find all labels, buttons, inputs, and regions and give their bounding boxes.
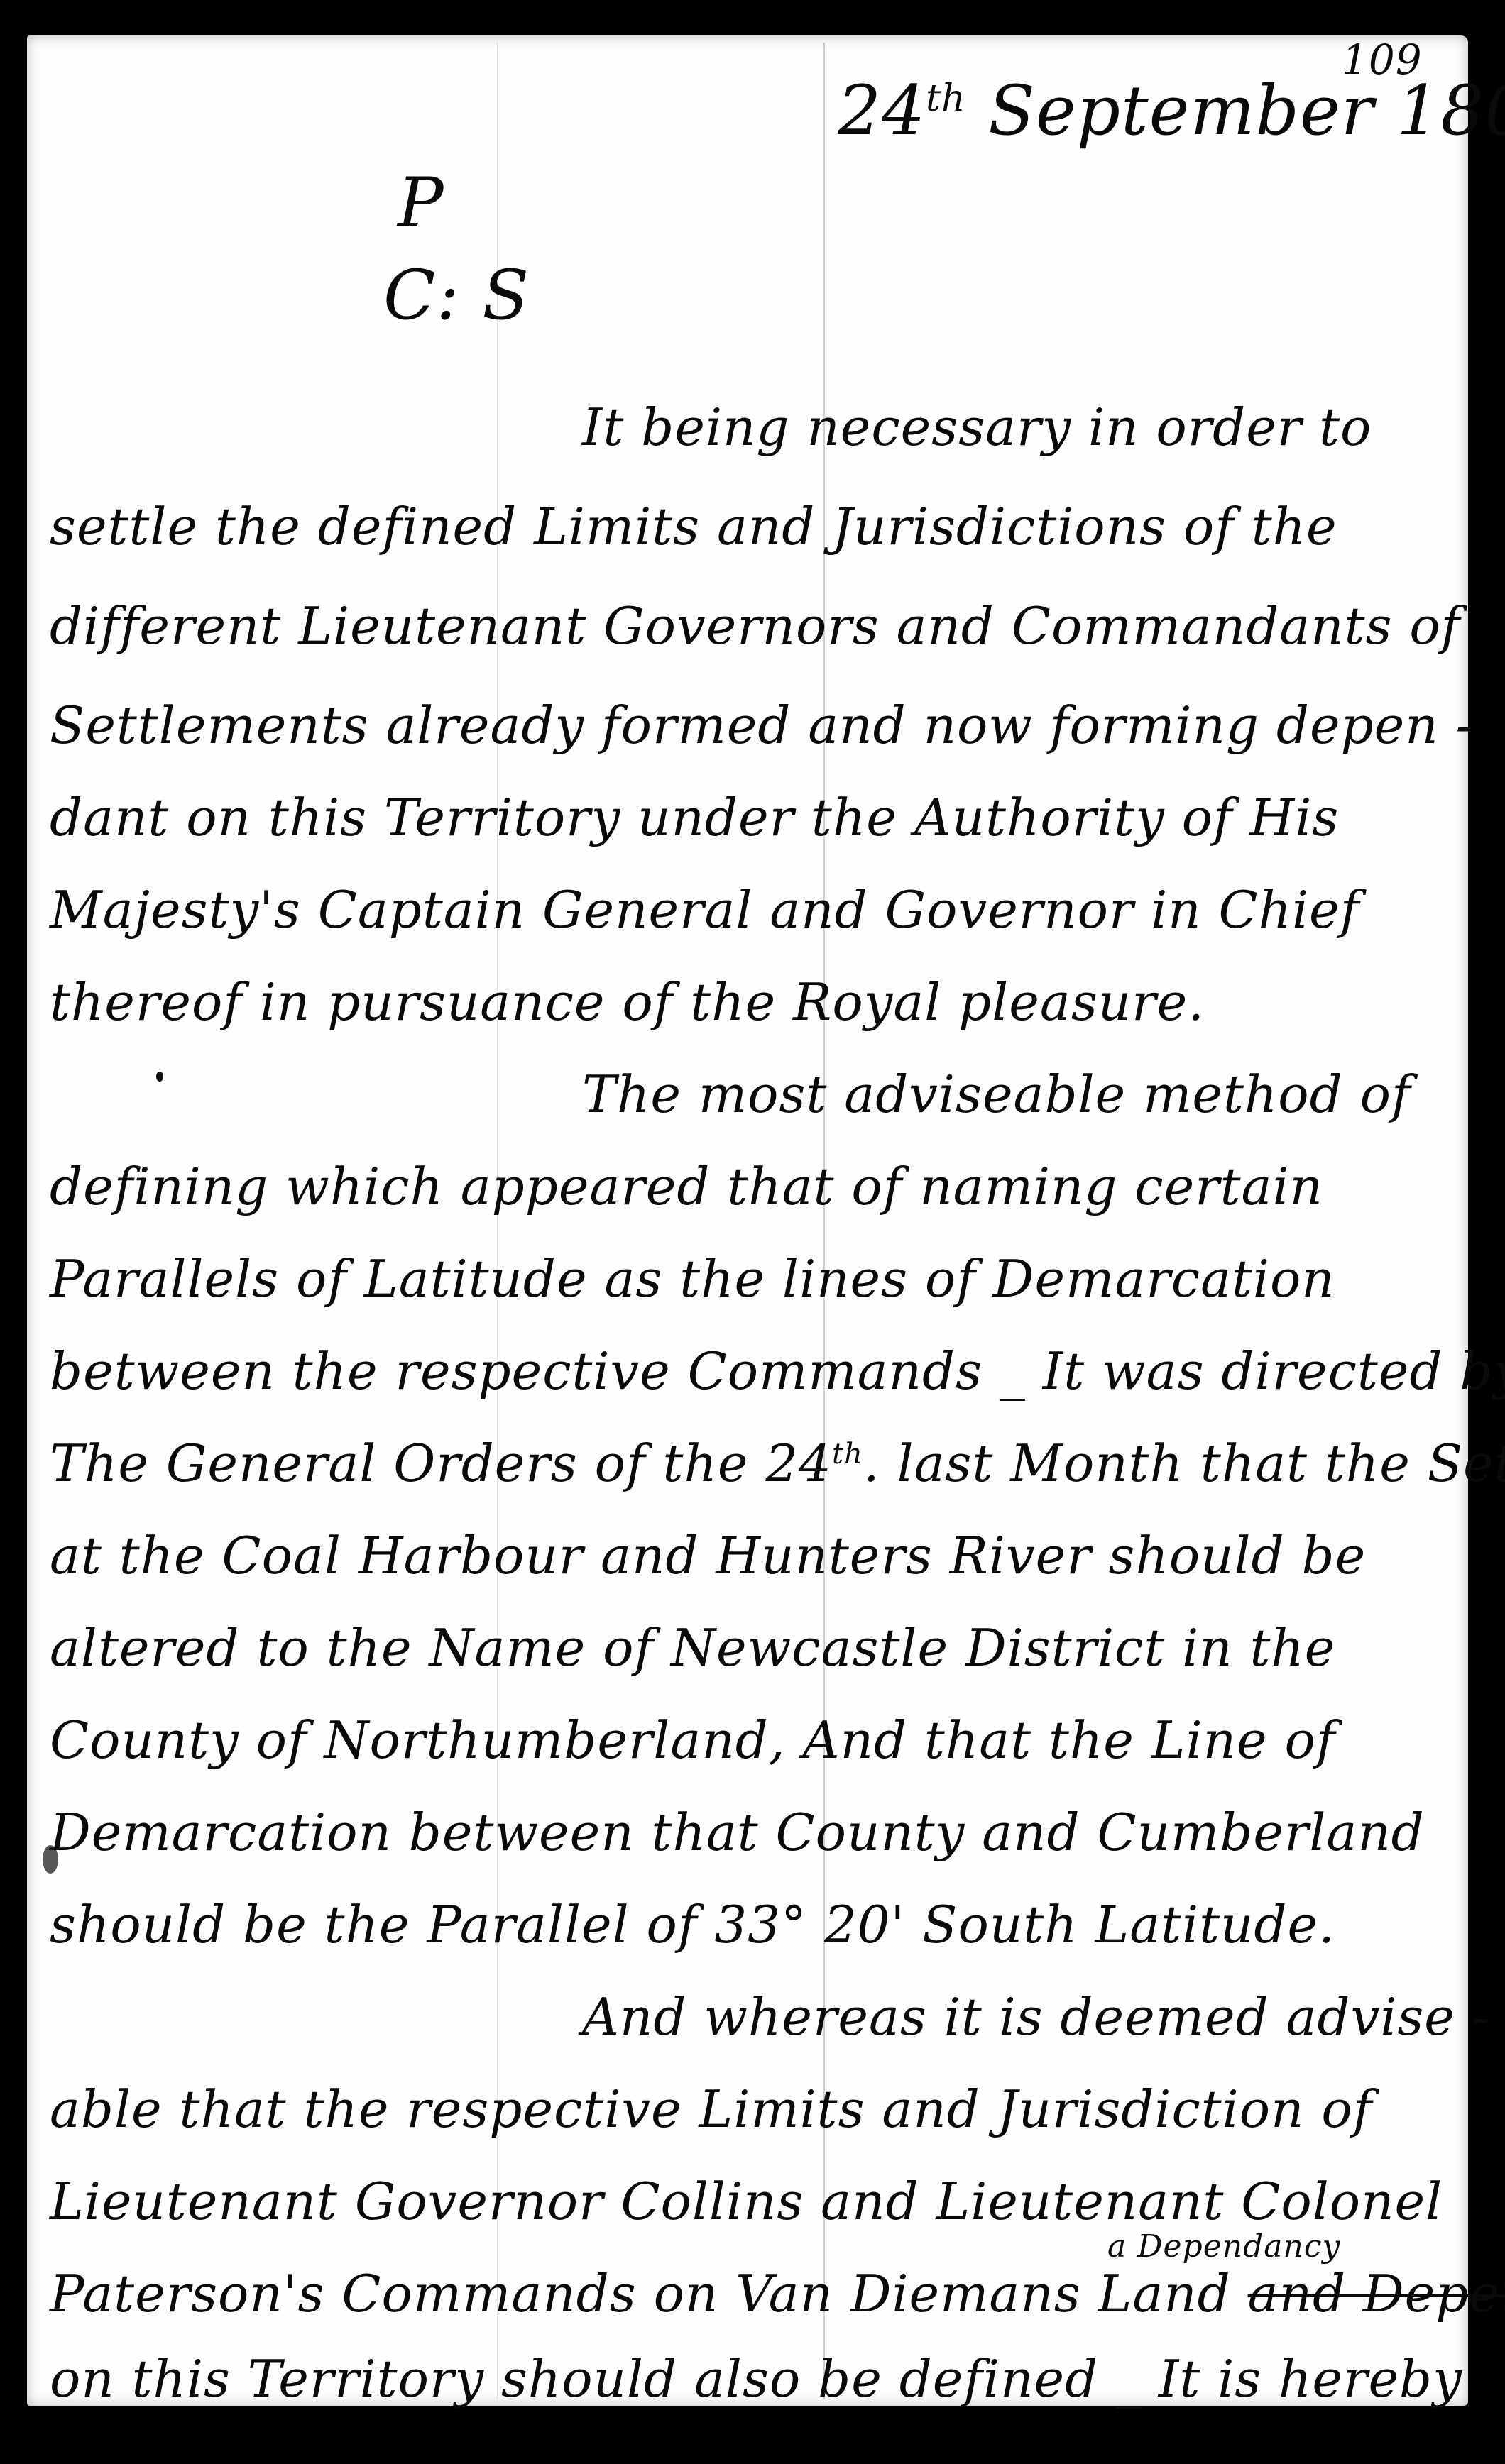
salutation-initials: C: S — [383, 255, 530, 335]
paragraph-2-line-6: at the Coal Harbour and Hunters River sh… — [50, 1526, 1366, 1585]
paragraph-2-line-2: defining which appeared that of naming c… — [50, 1157, 1323, 1216]
line-text: The General Orders of the 24 — [50, 1434, 832, 1493]
paragraph-3-line-1: And whereas it is deemed advise - — [582, 1987, 1490, 2047]
paragraph-2-line-1: The most adviseable method of — [582, 1065, 1411, 1124]
paragraph-2-line-4: between the respective Commands _ It was… — [50, 1341, 1505, 1401]
salutation-initial: P — [398, 163, 444, 243]
paragraph-1-line-1: It being necessary in order to — [582, 397, 1372, 457]
paragraph-1-line-3: different Lieutenant Governors and Comma… — [50, 596, 1460, 656]
date-month-year: September 1804 — [966, 71, 1505, 150]
letter-date: 24th September 1804 — [838, 71, 1505, 150]
paragraph-1-line-2: settle the defined Limits and Jurisdicti… — [50, 497, 1337, 556]
paragraph-3-line-4: Paterson's Commands on Van Diemans Land … — [50, 2264, 1505, 2323]
paragraph-2-line-3: Parallels of Latitude as the lines of De… — [50, 1249, 1335, 1309]
paragraph-2-line-10: should be the Parallel of 33° 20' South … — [50, 1895, 1335, 1954]
paragraph-1-line-5: dant on this Territory under the Authori… — [50, 788, 1339, 847]
line-text-rest: . last Month that the Settlement — [863, 1434, 1505, 1493]
paper-crease-line — [497, 43, 498, 2399]
interlinear-insertion: a Dependancy — [1107, 2228, 1340, 2265]
date-day: 24 — [838, 71, 926, 150]
ink-speck — [426, 270, 432, 275]
paragraph-3-line-5: on this Territory should also be defined… — [50, 2349, 1462, 2409]
paragraph-1-line-7: thereof in pursuance of the Royal pleasu… — [50, 972, 1205, 1032]
paragraph-2-line-8: County of Northumberland, And that the L… — [50, 1710, 1335, 1770]
date-suffix: th — [926, 77, 965, 120]
paragraph-1-line-4: Settlements already formed and now formi… — [50, 695, 1474, 755]
ink-blot — [43, 1845, 58, 1874]
paragraph-3-line-2: able that the respective Limits and Juri… — [50, 2079, 1372, 2139]
paragraph-1-line-6: Majesty's Captain General and Governor i… — [50, 880, 1359, 940]
paragraph-2-line-9: Demarcation between that County and Cumb… — [50, 1803, 1425, 1862]
line-text: Paterson's Commands on Van Diemans Land — [50, 2264, 1231, 2323]
manuscript-page — [27, 35, 1468, 2406]
ordinal-suffix: th — [832, 1438, 863, 1470]
paragraph-2-line-7: altered to the Name of Newcastle Distric… — [50, 1618, 1335, 1678]
ink-speck — [156, 1072, 163, 1082]
paragraph-3-line-3: Lieutenant Governor Collins and Lieutena… — [50, 2172, 1443, 2231]
struck-through-text: and Depending — [1248, 2264, 1505, 2323]
paragraph-2-line-5: The General Orders of the 24th. last Mon… — [50, 1434, 1505, 1493]
